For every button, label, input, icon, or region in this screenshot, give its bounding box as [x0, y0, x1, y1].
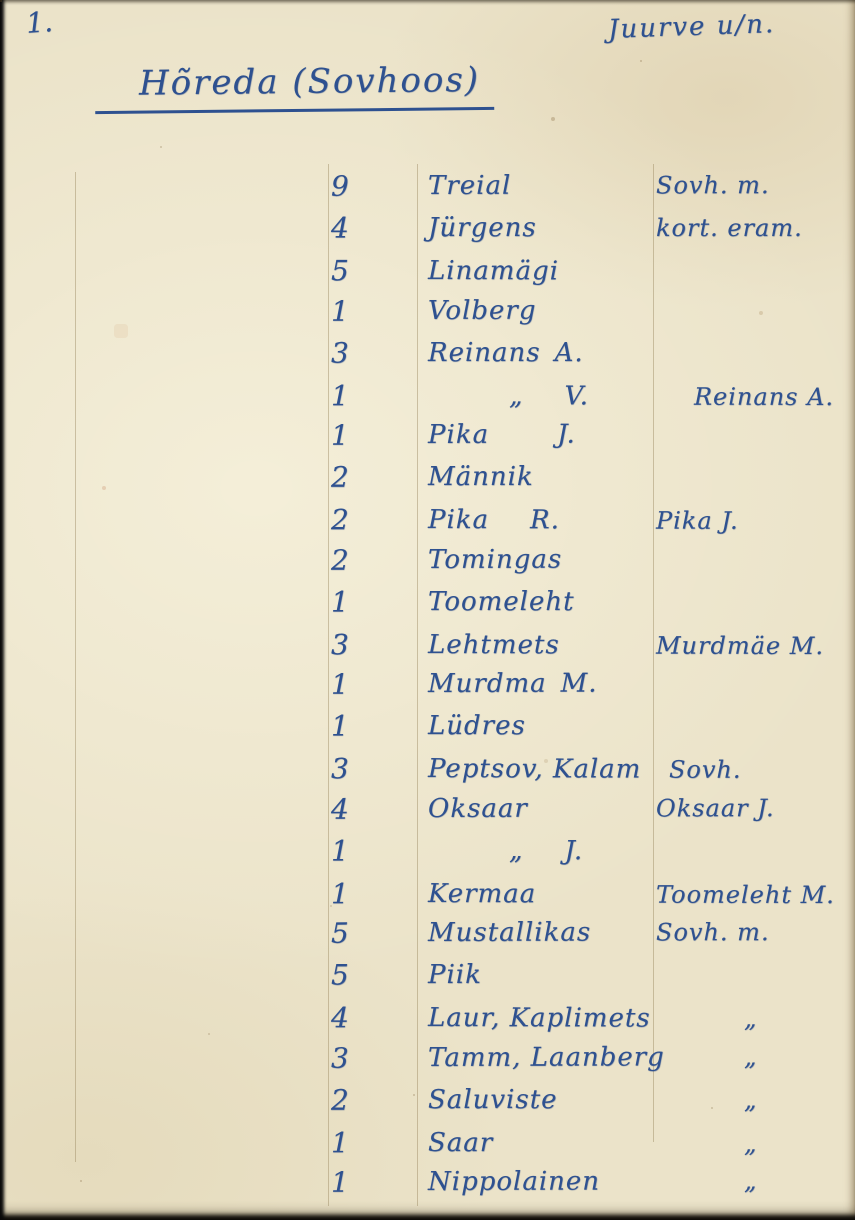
corner-note: Juurve u/n. — [608, 9, 776, 45]
note-cell: „ — [656, 1042, 758, 1070]
name-cell: Pika J. — [428, 419, 576, 449]
name-cell: Piik — [428, 960, 482, 990]
name-cell: Lüdres — [428, 711, 526, 741]
table-row: 4Laur, Kaplimets „ — [0, 996, 855, 1040]
table-row: 2Pika R.Pika J. — [0, 498, 855, 542]
count-cell: 1 — [331, 1165, 349, 1198]
page-number: 1. — [25, 5, 54, 40]
name-cell: Reinans A. — [428, 338, 584, 368]
table-row: 1Nippolainen „ — [0, 1160, 855, 1204]
name-cell: Pika R. — [428, 505, 560, 535]
count-cell: 1 — [331, 710, 349, 743]
table-row: 1Volberg — [0, 288, 855, 332]
note-cell: „ — [656, 1004, 758, 1032]
count-cell: 2 — [331, 461, 349, 494]
table-row: 5Linamägi — [0, 249, 855, 293]
name-cell: Jürgens — [428, 213, 537, 243]
paper-specks — [0, 0, 2, 2]
count-cell: 3 — [331, 752, 349, 785]
table-row: 5MustallikasSovh. m. — [0, 911, 855, 955]
name-cell: Volberg — [428, 295, 537, 325]
scanned-document-page: 1. Juurve u/n. Hõreda (Sovhoos) 9TreialS… — [0, 0, 855, 1220]
count-cell: 2 — [331, 543, 349, 576]
count-cell: 9 — [331, 169, 349, 202]
name-cell: Mustallikas — [428, 917, 591, 947]
name-cell: Nippolainen — [428, 1166, 600, 1196]
count-cell: 1 — [331, 418, 349, 451]
table-row: 1Murdma M. — [0, 662, 855, 706]
count-cell: 4 — [331, 212, 349, 245]
note-cell: Sovh. — [656, 755, 742, 783]
table-row: 1Toomeleht — [0, 581, 855, 623]
name-cell: Oksaar — [428, 793, 528, 823]
name-cell: „ V. — [428, 380, 589, 410]
table-row: 1 „ V. Reinans A. — [0, 373, 855, 417]
table-row: 2Männik — [0, 457, 855, 499]
table-row: 1Saar „ — [0, 1120, 855, 1164]
entry-list: 9TreialSovh. m.4Jürgenskort. eram.5Linam… — [0, 166, 855, 1204]
name-cell: Toomeleht — [428, 587, 575, 617]
count-cell: 1 — [331, 378, 349, 411]
name-cell: Peptsov, Kalam — [428, 754, 641, 785]
count-cell: 5 — [331, 254, 349, 287]
count-cell: 2 — [331, 1083, 349, 1116]
count-cell: 1 — [331, 876, 349, 909]
name-cell: „ J. — [428, 836, 583, 866]
table-row: 3LehtmetsMurdmäe M. — [0, 622, 855, 666]
name-cell: Kermaa — [428, 878, 536, 908]
table-row: 9TreialSovh. m. — [0, 164, 855, 208]
count-cell: 3 — [331, 1041, 349, 1074]
note-cell: Sovh. m. — [656, 918, 770, 946]
name-cell: Linamägi — [428, 256, 559, 286]
name-cell: Laur, Kaplimets — [428, 1003, 651, 1034]
table-row: 4Jürgenskort. eram. — [0, 208, 855, 250]
table-row: 2Saluviste „ — [0, 1079, 855, 1121]
table-row: 4OksaarOksaar J. — [0, 786, 855, 830]
note-cell: Toomeleht M. — [656, 880, 835, 908]
table-row: 3Tamm, Laanberg „ — [0, 1035, 855, 1079]
count-cell: 1 — [331, 1125, 349, 1158]
name-cell: Tamm, Laanberg — [428, 1042, 665, 1073]
table-row: 3Peptsov, Kalam Sovh. — [0, 747, 855, 791]
page-title: Hõreda (Sovhoos) — [95, 60, 495, 114]
note-cell: Reinans A. — [656, 382, 834, 410]
count-cell: 2 — [331, 503, 349, 536]
table-row: 3Reinans A. — [0, 332, 855, 374]
name-cell: Männik — [428, 462, 534, 492]
note-cell: Murdmäe M. — [656, 631, 824, 659]
name-cell: Saluviste — [428, 1085, 558, 1115]
count-cell: 5 — [331, 959, 349, 992]
name-cell: Tomingas — [428, 544, 562, 574]
note-cell: Oksaar J. — [656, 793, 775, 821]
table-row: 1 „ J. — [0, 830, 855, 872]
count-cell: 3 — [331, 336, 349, 369]
note-cell: kort. eram. — [656, 214, 803, 242]
table-row: 2Tomingas — [0, 537, 855, 581]
count-cell: 1 — [331, 585, 349, 618]
count-cell: 4 — [331, 1001, 349, 1034]
table-row: 5Piik — [0, 955, 855, 997]
note-cell: „ — [656, 1086, 757, 1114]
table-row: 1Lüdres — [0, 706, 855, 748]
count-cell: 1 — [331, 667, 349, 700]
table-row: 1Pika J. — [0, 413, 855, 457]
note-cell: Sovh. m. — [656, 171, 770, 199]
note-cell: „ — [656, 1129, 758, 1157]
count-cell: 1 — [331, 834, 349, 867]
note-cell: Pika J. — [656, 506, 739, 534]
name-cell: Saar — [428, 1127, 493, 1157]
count-cell: 3 — [331, 627, 349, 660]
table-row: 1KermaaToomeleht M. — [0, 871, 855, 915]
count-cell: 4 — [331, 792, 349, 825]
name-cell: Lehtmets — [428, 629, 560, 659]
note-cell: „ — [656, 1167, 758, 1195]
count-cell: 5 — [331, 916, 349, 949]
name-cell: Treial — [428, 171, 511, 201]
name-cell: Murdma M. — [428, 668, 598, 698]
count-cell: 1 — [331, 294, 349, 327]
